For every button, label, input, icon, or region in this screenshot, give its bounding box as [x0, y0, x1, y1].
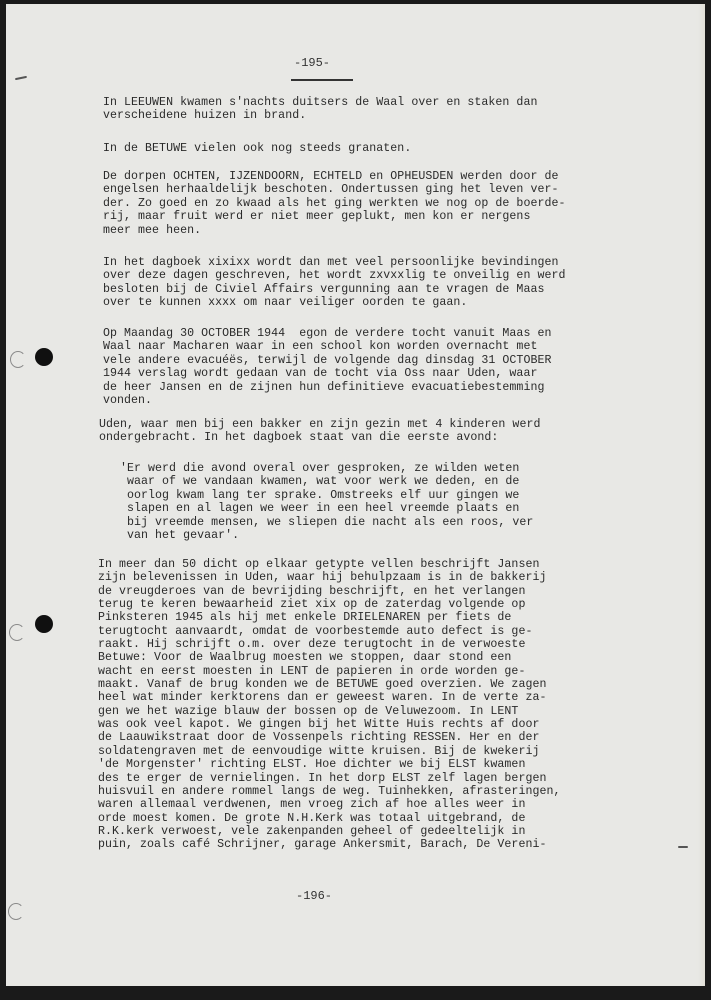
text-line: maakt. Vanaf de brug konden we de BETUWE…: [98, 678, 546, 691]
text-line: In LEEUWEN kwamen s'nachts duitsers de W…: [103, 96, 537, 109]
text-line: over deze dagen geschreven, het wordt zx…: [103, 269, 566, 282]
page-number-bottom: -196-: [296, 889, 332, 903]
punch-hole-ring: [10, 351, 26, 368]
text-line: puin, zoals café Schrijner, garage Anker…: [98, 838, 546, 851]
margin-pencil-mark: [678, 846, 688, 848]
text-line: wacht en eerst moesten in LENT de papier…: [98, 665, 525, 678]
text-line: waar of we vandaan kwamen, wat voor werk…: [120, 475, 519, 488]
text-line: was ook veel kapot. We gingen bij het Wi…: [98, 718, 539, 731]
text-line: oorlog kwam lang ter sprake. Omstreeks e…: [120, 489, 519, 502]
text-line: der. Zo goed en zo kwaad als het ging we…: [103, 197, 566, 210]
text-line: terug te keren bewaarheid ziet xix op de…: [98, 598, 525, 611]
text-line: verscheidene huizen in brand.: [103, 109, 306, 122]
text-line: de vreugderoes van de bevrijding beschri…: [98, 585, 525, 598]
paragraph: In LEEUWEN kwamen s'nachts duitsers de W…: [103, 96, 537, 123]
text-line: over te kunnen xxxx om naar veiliger oor…: [103, 296, 467, 309]
text-line: des te erger de vernielingen. In het dor…: [98, 772, 546, 785]
text-line: besloten bij de Civiel Affairs vergunnin…: [103, 283, 544, 296]
text-line: meer mee heen.: [103, 224, 201, 237]
punch-hole: [35, 348, 53, 366]
text-line: heel wat minder kerktorens dan er gewees…: [98, 691, 546, 704]
text-line: rij, maar fruit werd er niet meer gepluk…: [103, 210, 530, 223]
text-line: van het gevaar'.: [120, 529, 239, 542]
text-line: ondergebracht. In het dagboek staat van …: [99, 431, 498, 444]
text-line: In de BETUWE vielen ook nog steeds grana…: [103, 142, 411, 155]
text-line: 'de Morgenster' richting ELST. Hoe dicht…: [98, 758, 525, 771]
text-line: slapen en al lagen we weer in een heel v…: [120, 502, 519, 515]
margin-pencil-mark: [15, 76, 27, 80]
text-line: R.K.kerk verwoest, vele zakenpanden gehe…: [98, 825, 525, 838]
text-line: terugtocht aanvaardt, omdat de voorbeste…: [98, 625, 532, 638]
text-line: engelsen herhaaldelijk beschoten. Ondert…: [103, 183, 558, 196]
text-line: bij vreemde mensen, we sliepen die nacht…: [120, 516, 533, 529]
page-number-top: -195-: [294, 56, 330, 70]
text-line: De dorpen OCHTEN, IJZENDOORN, ECHTELD en…: [103, 170, 558, 183]
text-line: de heer Jansen en de zijnen hun definiti…: [103, 381, 544, 394]
text-line: huisvuil en andere rommel langs de weg. …: [98, 785, 561, 798]
text-line: waren allemaal verdwenen, men vroeg zich…: [98, 798, 525, 811]
text-line: 'Er werd die avond overal over gesproken…: [120, 462, 519, 475]
text-line: In meer dan 50 dicht op elkaar getypte v…: [98, 558, 539, 571]
text-line: Waal naar Macharen waar in een school ko…: [103, 340, 537, 353]
text-line: vonden.: [103, 394, 152, 407]
block-quote: 'Er werd die avond overal over gesproken…: [120, 462, 533, 542]
paragraph: In de BETUWE vielen ook nog steeds grana…: [103, 142, 411, 155]
text-line: Pinksteren 1945 als hij met enkele DRIEL…: [98, 611, 511, 624]
page-number-underline: [291, 79, 353, 81]
text-line: orde moest komen. De grote N.H.Kerk was …: [98, 812, 525, 825]
text-line: de Laauwikstraat door de Vossenpels rich…: [98, 731, 539, 744]
paragraph: Uden, waar men bij een bakker en zijn ge…: [99, 418, 540, 445]
punch-hole-ring: [9, 624, 25, 641]
text-line: gen we het wazige blauw der bossen op de…: [98, 705, 518, 718]
text-line: Uden, waar men bij een bakker en zijn ge…: [99, 418, 540, 431]
text-line: 1944 verslag wordt gedaan van de tocht v…: [103, 367, 537, 380]
paragraph: In meer dan 50 dicht op elkaar getypte v…: [98, 558, 561, 852]
punch-hole: [35, 615, 53, 633]
punch-hole-ring: [8, 903, 24, 920]
text-line: zijn belevenissen in Uden, waar hij behu…: [98, 571, 546, 584]
paragraph: Op Maandag 30 OCTOBER 1944 egon de verde…: [103, 327, 551, 407]
text-line: Op Maandag 30 OCTOBER 1944 egon de verde…: [103, 327, 551, 340]
paragraph: In het dagboek xixixx wordt dan met veel…: [103, 256, 566, 310]
text-line: Betuwe: Voor de Waalbrug moesten we stop…: [98, 651, 511, 664]
text-line: raakt. Hij schrijft o.m. over deze terug…: [98, 638, 525, 651]
paragraph: De dorpen OCHTEN, IJZENDOORN, ECHTELD en…: [103, 170, 566, 237]
text-line: soldatengraven met de eenvoudige witte k…: [98, 745, 539, 758]
document-page: -195- In LEEUWEN kwamen s'nachts duitser…: [6, 4, 705, 986]
text-line: In het dagboek xixixx wordt dan met veel…: [103, 256, 558, 269]
text-line: vele andere evacuéës, terwijl de volgend…: [103, 354, 551, 367]
